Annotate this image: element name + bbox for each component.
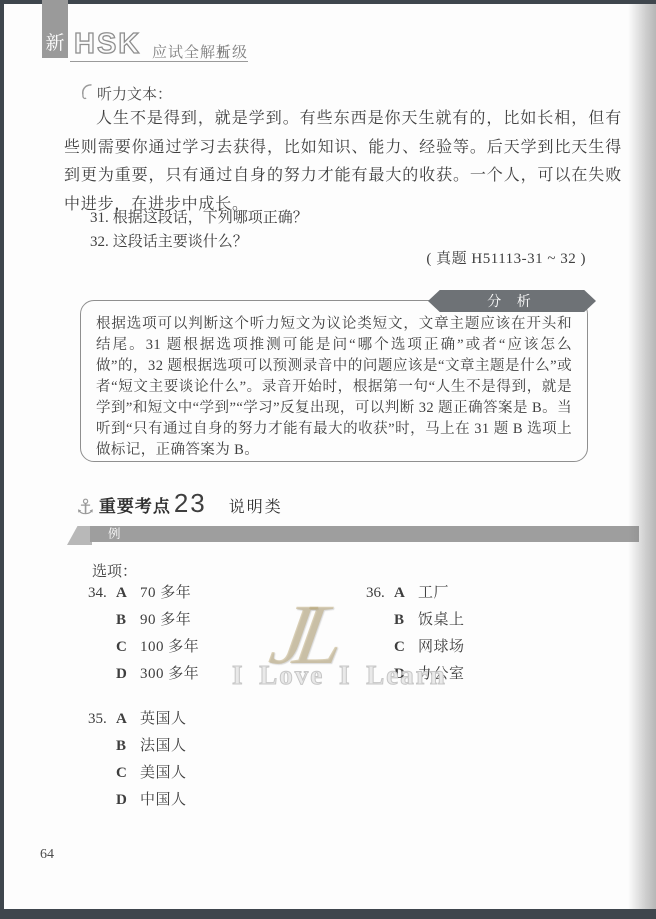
option-letter: C (394, 639, 418, 656)
option-letter: B (116, 612, 140, 629)
example-ribbon-fold (67, 526, 92, 545)
book-page: 新 HSK 应试全解析 五级 听力文本： 人生不是得到，就是学到。有些东西是你天… (4, 4, 656, 909)
option-group-number: 36. (366, 585, 394, 602)
option-letter: D (116, 792, 140, 809)
anchor-icon: ⚓ (76, 495, 95, 519)
listening-icon (78, 83, 96, 103)
option-letter: A (394, 585, 418, 602)
option-row: C 美国人 (88, 761, 187, 788)
option-row: D 中国人 (88, 788, 187, 815)
option-group-34: 34. A 70 多年 B 90 多年 C 100 多年 D 300 多年 (88, 581, 199, 689)
option-row: C 100 多年 (88, 635, 199, 662)
page-edge-shadow (628, 4, 656, 909)
option-letter: C (116, 639, 140, 656)
option-text: 饭桌上 (418, 608, 465, 629)
analysis-badge: 分 析 (428, 290, 596, 312)
key-point-topic: 说明类 (229, 494, 283, 517)
option-letter: D (116, 666, 140, 683)
option-text: 网球场 (418, 635, 465, 656)
option-text: 70 多年 (140, 581, 191, 602)
option-letter: B (394, 612, 418, 629)
option-letter: C (116, 765, 140, 782)
question-31-number: 31. (90, 210, 109, 226)
listening-paragraph: 人生不是得到，就是学到。有些东西是你天生就有的，比如长相，但有些则需要你通过学习… (64, 105, 622, 219)
option-group-number: 34. (88, 585, 116, 602)
option-letter: A (116, 711, 140, 728)
analysis-text: 根据选项可以判断这个听力短文为议论类短文，文章主题应该在开头和结尾。31 题根据… (81, 301, 587, 461)
option-row: 34. A 70 多年 (88, 581, 199, 608)
option-letter: A (116, 585, 140, 602)
header-level: 五级 (215, 41, 249, 62)
key-point-label: 重要考点 (99, 492, 171, 517)
question-31: 31.根据这段话，下列哪项正确？ (90, 206, 308, 227)
header-brand: HSK (74, 28, 141, 61)
option-group-35: 35. A 英国人 B 法国人 C 美国人 D 中国人 (88, 707, 187, 815)
listening-transcript-label: 听力文本： (97, 83, 172, 104)
page-number: 64 (40, 847, 54, 863)
example-ribbon: 例 (90, 526, 639, 542)
option-text: 中国人 (140, 788, 187, 809)
header-new-badge: 新 (42, 0, 68, 58)
option-text: 100 多年 (140, 635, 199, 656)
question-32: 32.这段话主要谈什么？ (90, 230, 248, 251)
key-point-section-header: ⚓ 重要考点 23 说明类 (76, 488, 283, 519)
option-row: C 网球场 (366, 635, 465, 662)
analysis-box: 分 析 根据选项可以判断这个听力短文为议论类短文，文章主题应该在开头和结尾。31… (80, 300, 588, 462)
key-point-number: 23 (174, 488, 207, 519)
option-row: B 法国人 (88, 734, 187, 761)
option-text: 90 多年 (140, 608, 191, 629)
option-row: B 90 多年 (88, 608, 199, 635)
option-text: 工厂 (418, 581, 449, 602)
header-rule (70, 61, 248, 62)
option-row: 35. A 英国人 (88, 707, 187, 734)
options-label: 选项： (92, 560, 137, 581)
watermark-caption: I Love I Learn (232, 660, 432, 691)
option-text: 英国人 (140, 707, 187, 728)
question-32-text: 这段话主要谈什么？ (113, 234, 248, 250)
option-row: 36. A 工厂 (366, 581, 465, 608)
exam-source-reference: ( 真题 H51113-31 ~ 32 ) (334, 247, 586, 268)
option-row: D 300 多年 (88, 662, 199, 689)
option-group-number: 35. (88, 711, 116, 728)
option-text: 法国人 (140, 734, 187, 755)
option-row: B 饭桌上 (366, 608, 465, 635)
question-32-number: 32. (90, 234, 109, 250)
option-text: 美国人 (140, 761, 187, 782)
option-letter: B (116, 738, 140, 755)
question-31-text: 根据这段话，下列哪项正确？ (113, 210, 308, 226)
option-text: 300 多年 (140, 662, 199, 683)
